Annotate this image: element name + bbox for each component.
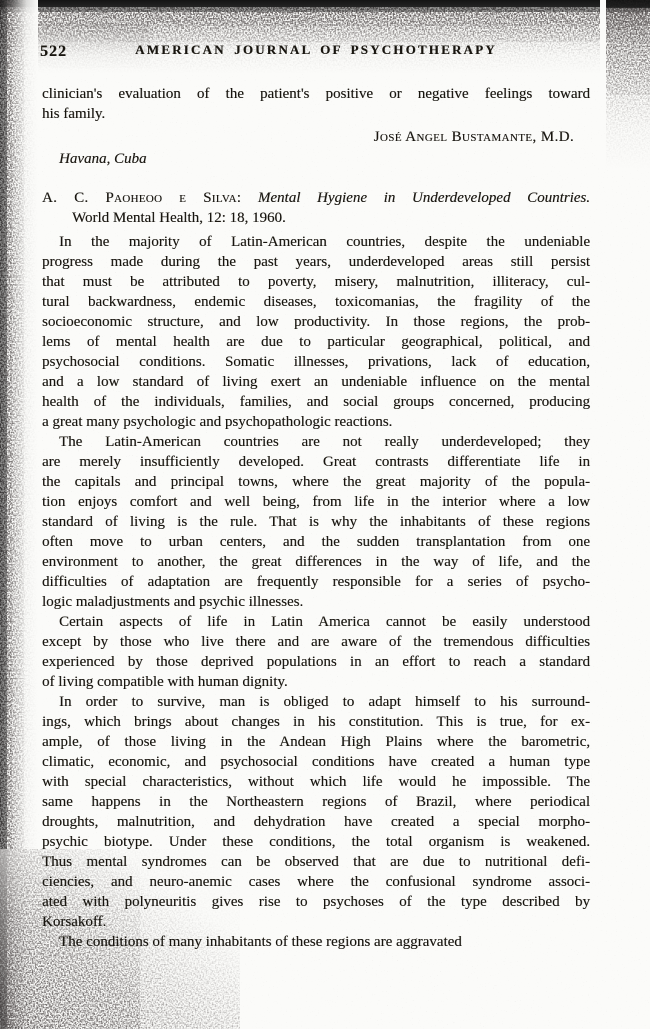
text-line: are merely insufficiently developed. Gre…: [42, 452, 590, 472]
text-line: his family.: [42, 104, 590, 124]
text-line: clinician's evaluation of the patient's …: [42, 84, 590, 104]
reference-headline: A. C. Paoheoo e Silva: Mental Hygiene in…: [42, 188, 590, 208]
text-line: psychic biotype. Under these conditions,…: [42, 832, 590, 852]
page-body: clinician's evaluation of the patient's …: [42, 84, 590, 952]
text-line: with special characteristics, without wh…: [42, 772, 590, 792]
text-line: tion enjoys comfort and well being, from…: [42, 492, 590, 512]
text-line: ated with polyneuritis gives rise to psy…: [42, 892, 590, 912]
reference-entry: A. C. Paoheoo e Silva: Mental Hygiene in…: [42, 188, 590, 228]
paragraph-2: The Latin-American countries are not rea…: [42, 432, 590, 612]
text-line: and a low standard of living exert an un…: [42, 372, 590, 392]
text-line: ings, which brings about changes in his …: [42, 712, 590, 732]
text-line: health of the individuals, families, and…: [42, 392, 590, 412]
text-line: of living compatible with human dignity.: [42, 672, 590, 692]
closing-paragraph: clinician's evaluation of the patient's …: [42, 84, 590, 124]
text-line: climatic, economic, and psychosocial con…: [42, 752, 590, 772]
page-number: 522: [40, 43, 67, 61]
paragraph-3: Certain aspects of life in Latin America…: [42, 612, 590, 692]
paragraph-4: In order to survive, man is obliged to a…: [42, 692, 590, 932]
text-line: experienced by those deprived population…: [42, 652, 590, 672]
text-line: Korsakoff.: [42, 912, 590, 932]
scan-noise-top-band: [0, 0, 650, 74]
text-line: psychosocial conditions. Somatic illness…: [42, 352, 590, 372]
text-line: Certain aspects of life in Latin America…: [42, 612, 590, 632]
text-line: droughts, malnutrition, and dehydration …: [42, 812, 590, 832]
text-line: often move to urban centers, and the sud…: [42, 532, 590, 552]
journal-title: AMERICAN JOURNAL OF PSYCHOTHERAPY: [42, 42, 590, 58]
text-line: logic maladjustments and psychic illness…: [42, 592, 590, 612]
text-line: tural backwardness, endemic diseases, to…: [42, 292, 590, 312]
reference-authors: A. C. Paoheoo e Silva:: [42, 190, 241, 206]
paragraph-5: The conditions of many inhabitants of th…: [42, 932, 590, 952]
text-line: environment to another, the great differ…: [42, 552, 590, 572]
text-line: The Latin-American countries are not rea…: [42, 432, 590, 452]
text-line: lems of mental health are due to particu…: [42, 332, 590, 352]
text-line: the capitals and principal towns, where …: [42, 472, 590, 492]
reference-citation: World Mental Health, 12: 18, 1960.: [42, 208, 590, 228]
scan-noise-right-edge: [606, 0, 650, 170]
text-line: that must be attributed to poverty, mise…: [42, 272, 590, 292]
abstract-text: In the majority of Latin-American countr…: [42, 232, 590, 952]
scan-noise-left-edge: [0, 0, 38, 1029]
text-line: a great many psychologic and psychopatho…: [42, 412, 590, 432]
text-line: ciencies, and neuro-anemic cases where t…: [42, 872, 590, 892]
scanned-journal-page: 522 AMERICAN JOURNAL OF PSYCHOTHERAPY cl…: [0, 0, 650, 1029]
page-edge-highlight: [600, 0, 606, 78]
reference-title: Mental Hygiene in Underdeveloped Countri…: [258, 190, 590, 206]
text-line: The conditions of many inhabitants of th…: [42, 932, 590, 952]
author-location: Havana, Cuba: [42, 149, 590, 169]
text-line: socioeconomic structure, and low product…: [42, 312, 590, 332]
paragraph-1: In the majority of Latin-American countr…: [42, 232, 590, 432]
text-line: same happens in the Northeastern regions…: [42, 792, 590, 812]
text-line: standard of living is the rule. That is …: [42, 512, 590, 532]
author-signature: José Angel Bustamante, M.D.: [42, 127, 590, 147]
text-line: progress made during the past years, und…: [42, 252, 590, 272]
text-line: difficulties of adaptation are frequentl…: [42, 572, 590, 592]
text-line: except by those who live there and are a…: [42, 632, 590, 652]
text-line: Thus mental syndromes can be observed th…: [42, 852, 590, 872]
text-line: In order to survive, man is obliged to a…: [42, 692, 590, 712]
running-head: 522 AMERICAN JOURNAL OF PSYCHOTHERAPY: [42, 42, 590, 58]
text-line: In the majority of Latin-American countr…: [42, 232, 590, 252]
text-line: ample, of those living in the Andean Hig…: [42, 732, 590, 752]
